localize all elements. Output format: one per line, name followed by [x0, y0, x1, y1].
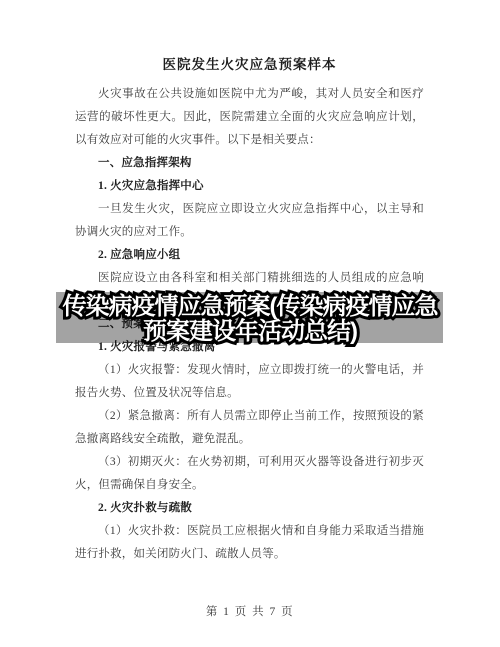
heading-section-1: 一、应急指挥架构	[75, 152, 424, 175]
paragraph-firefighting: （1）火灾扑救：医院员工应根据火情和自身能力采取适当措施进行扑救，如关闭防火门、…	[75, 520, 424, 566]
watermark-overlay-title: 传染病疫情应急预案(传染病疫情应急 预案建设年活动总结) 传染病疫情应急预案(传…	[0, 294, 500, 344]
paragraph-evacuation: （2）紧急撤离：所有人员需立即停止当前工作，按照预设的紧急撤离路线安全疏散，避免…	[75, 405, 424, 451]
document-title: 医院发生火灾应急预案样本	[75, 52, 424, 77]
page-number-footer: 第 1 页 共 7 页	[0, 601, 500, 624]
heading-firefighting: 2. 火灾扑救与疏散	[75, 497, 424, 520]
paragraph-intro: 火灾事故在公共设施如医院中尤为严峻，其对人员安全和医疗运营的破坏性更大。因此，医…	[75, 83, 424, 152]
heading-command-center: 1. 火灾应急指挥中心	[75, 175, 424, 198]
overlay-title-fill: 传染病疫情应急预案(传染病疫情应急 预案建设年活动总结)	[0, 294, 500, 344]
paragraph-fire-alarm: （1）火灾报警：发现火情时，应立即拨打统一的火警电话，并报告火势、位置及状况等信…	[75, 359, 424, 405]
heading-response-team: 2. 应急响应小组	[75, 244, 424, 267]
paragraph-command-center: 一旦发生火灾，医院应立即设立火灾应急指挥中心，以主导和协调火灾的应对工作。	[75, 198, 424, 244]
paragraph-initial-fight: （3）初期灭火：在火势初期，可利用灭火器等设备进行初步灭火，但需确保自身安全。	[75, 451, 424, 497]
document-page: 医院发生火灾应急预案样本 火灾事故在公共设施如医院中尤为严峻，其对人员安全和医疗…	[0, 0, 500, 647]
overlay-title-line1: 传染病疫情应急预案(传染病疫情应急	[0, 294, 500, 319]
overlay-title-line2: 预案建设年活动总结)	[0, 319, 500, 344]
